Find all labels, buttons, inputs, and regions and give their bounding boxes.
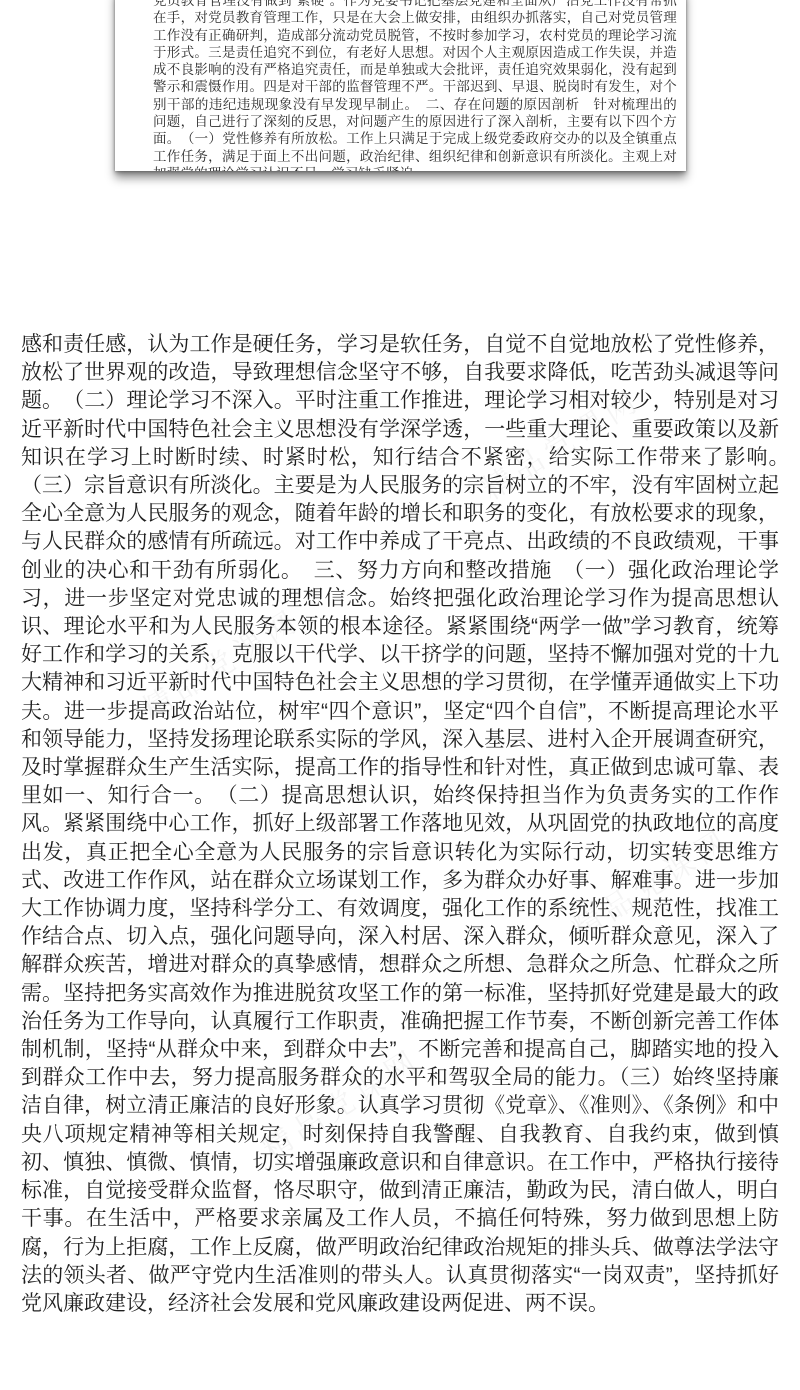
- document-body-text: 感和责任感，认为工作是硬任务，学习是软任务，自觉不自觉地放松了党性修养，放松了世…: [21, 331, 779, 1318]
- document-preview-card[interactable]: 党员教育管理没有做到“紧硬”。作为党委书记把基层党建和全面从严治党工作没有常抓在…: [115, 0, 686, 171]
- preview-page-text: 党员教育管理没有做到“紧硬”。作为党委书记把基层党建和全面从严治党工作没有常抓在…: [153, 0, 677, 171]
- page-background: 精品党课网 精品党课网 精品党课网 精品党课网 党员教育管理没有做到“紧硬”。作…: [0, 0, 800, 1390]
